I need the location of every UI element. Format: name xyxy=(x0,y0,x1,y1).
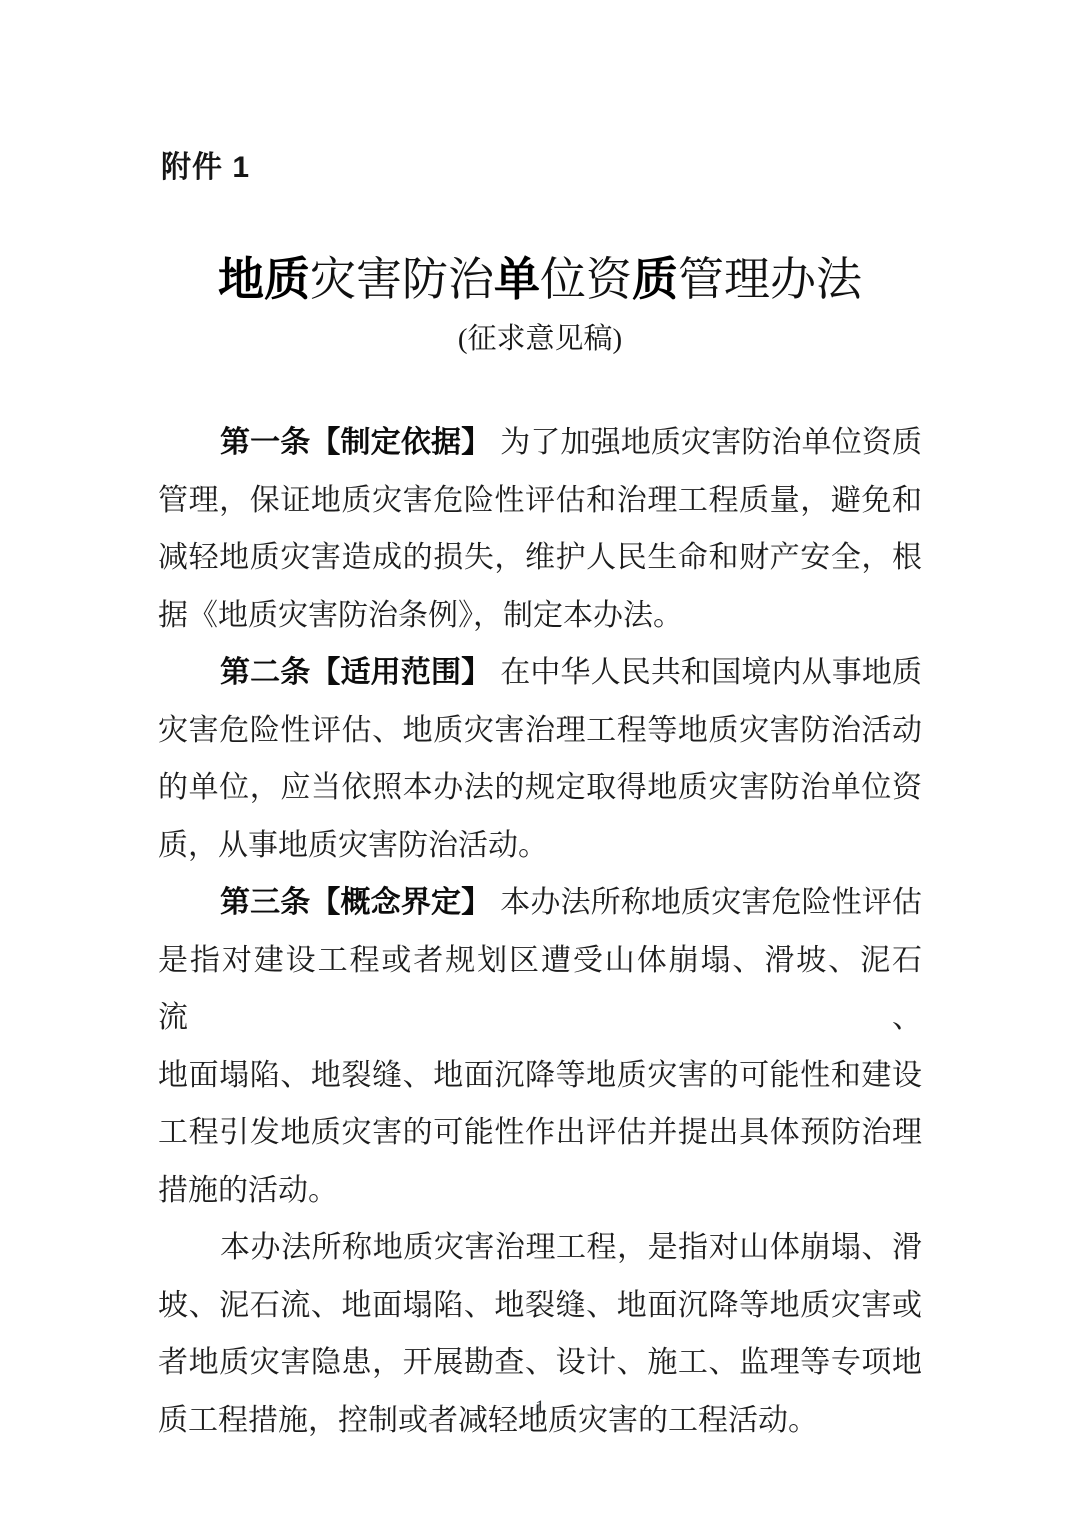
title-segment: 质 xyxy=(632,253,678,305)
line-text: 工程引发地质灾害的可能性作出评估并提出具体预防治理 xyxy=(158,1116,922,1149)
text-line: 减轻地质灾害造成的损失，维护人民生命和财产安全，根 xyxy=(158,529,922,587)
page-number: 1 xyxy=(0,1396,1080,1420)
text-line: 措施的活动。 xyxy=(158,1162,922,1220)
line-text: 的单位，应当依照本办法的规定取得地质灾害防治单位资 xyxy=(158,771,922,804)
text-line: 第三条【概念界定】本办法所称地质灾害危险性评估 xyxy=(158,874,922,932)
line-text: 在中华人民共和国境内从事地质 xyxy=(500,656,922,689)
line-text: 地面塌陷、地裂缝、地面沉降等地质灾害的可能性和建设 xyxy=(158,1059,922,1092)
text-line: 地面塌陷、地裂缝、地面沉降等地质灾害的可能性和建设 xyxy=(158,1047,922,1105)
line-text: 本办法所称地质灾害危险性评估 xyxy=(500,886,922,919)
title-segment: 单 xyxy=(494,253,540,305)
line-text: 质，从事地质灾害防治活动。 xyxy=(158,829,548,862)
line-text: 本办法所称地质灾害治理工程，是指对山体崩塌、滑 xyxy=(220,1231,922,1264)
document-body: 第一条【制定依据】为了加强地质灾害防治单位资质管理，保证地质灾害危险性评估和治理… xyxy=(158,414,922,1449)
line-text: 减轻地质灾害造成的损失，维护人民生命和财产安全，根 xyxy=(158,541,922,574)
text-line: 是指对建设工程或者规划区遭受山体崩塌、滑坡、泥石流、 xyxy=(158,932,922,1047)
line-text: 措施的活动。 xyxy=(158,1174,338,1207)
title-segment: 地质 xyxy=(218,253,310,305)
text-line: 灾害危险性评估、地质灾害治理工程等地质灾害防治活动 xyxy=(158,702,922,760)
text-line: 者地质灾害隐患，开展勘查、设计、施工、监理等专项地 xyxy=(158,1334,922,1392)
text-line: 坡、泥石流、地面塌陷、地裂缝、地面沉降等地质灾害或 xyxy=(158,1277,922,1335)
title-segment: 灾害防治 xyxy=(310,254,494,305)
title-segment: 位资 xyxy=(540,254,632,305)
line-text: 坡、泥石流、地面塌陷、地裂缝、地面沉降等地质灾害或 xyxy=(158,1289,922,1322)
article-heading: 第一条【制定依据】 xyxy=(220,426,491,459)
paragraph: 第三条【概念界定】本办法所称地质灾害危险性评估是指对建设工程或者规划区遭受山体崩… xyxy=(158,874,922,1219)
text-line: 质，从事地质灾害防治活动。 xyxy=(158,817,922,875)
document-title: 地质灾害防治单位资质管理办法 xyxy=(0,250,1080,309)
document-subtitle: (征求意见稿) xyxy=(0,318,1080,360)
text-line: 本办法所称地质灾害治理工程，是指对山体崩塌、滑 xyxy=(158,1219,922,1277)
paragraph: 第一条【制定依据】为了加强地质灾害防治单位资质管理，保证地质灾害危险性评估和治理… xyxy=(158,414,922,644)
attachment-label: 附件 1 xyxy=(161,148,250,188)
paragraph: 第二条【适用范围】在中华人民共和国境内从事地质灾害危险性评估、地质灾害治理工程等… xyxy=(158,644,922,874)
line-text: 管理，保证地质灾害危险性评估和治理工程质量，避免和 xyxy=(158,484,922,517)
text-line: 管理，保证地质灾害危险性评估和治理工程质量，避免和 xyxy=(158,472,922,530)
text-line: 的单位，应当依照本办法的规定取得地质灾害防治单位资 xyxy=(158,759,922,817)
article-heading: 第三条【概念界定】 xyxy=(220,886,491,919)
article-heading: 第二条【适用范围】 xyxy=(220,656,491,689)
text-line: 工程引发地质灾害的可能性作出评估并提出具体预防治理 xyxy=(158,1104,922,1162)
line-text: 为了加强地质灾害防治单位资质 xyxy=(500,426,922,459)
line-text: 者地质灾害隐患，开展勘查、设计、施工、监理等专项地 xyxy=(158,1346,922,1379)
page: 附件 1 地质灾害防治单位资质管理办法 (征求意见稿) 第一条【制定依据】为了加… xyxy=(0,0,1080,1528)
text-line: 第一条【制定依据】为了加强地质灾害防治单位资质 xyxy=(158,414,922,472)
line-text: 据《地质灾害防治条例》，制定本办法。 xyxy=(158,599,683,632)
text-line: 第二条【适用范围】在中华人民共和国境内从事地质 xyxy=(158,644,922,702)
text-line: 据《地质灾害防治条例》，制定本办法。 xyxy=(158,587,922,645)
title-segment: 管理办法 xyxy=(678,254,862,305)
line-text: 灾害危险性评估、地质灾害治理工程等地质灾害防治活动 xyxy=(158,714,922,747)
line-text: 是指对建设工程或者规划区遭受山体崩塌、滑坡、泥石流、 xyxy=(158,944,922,1035)
